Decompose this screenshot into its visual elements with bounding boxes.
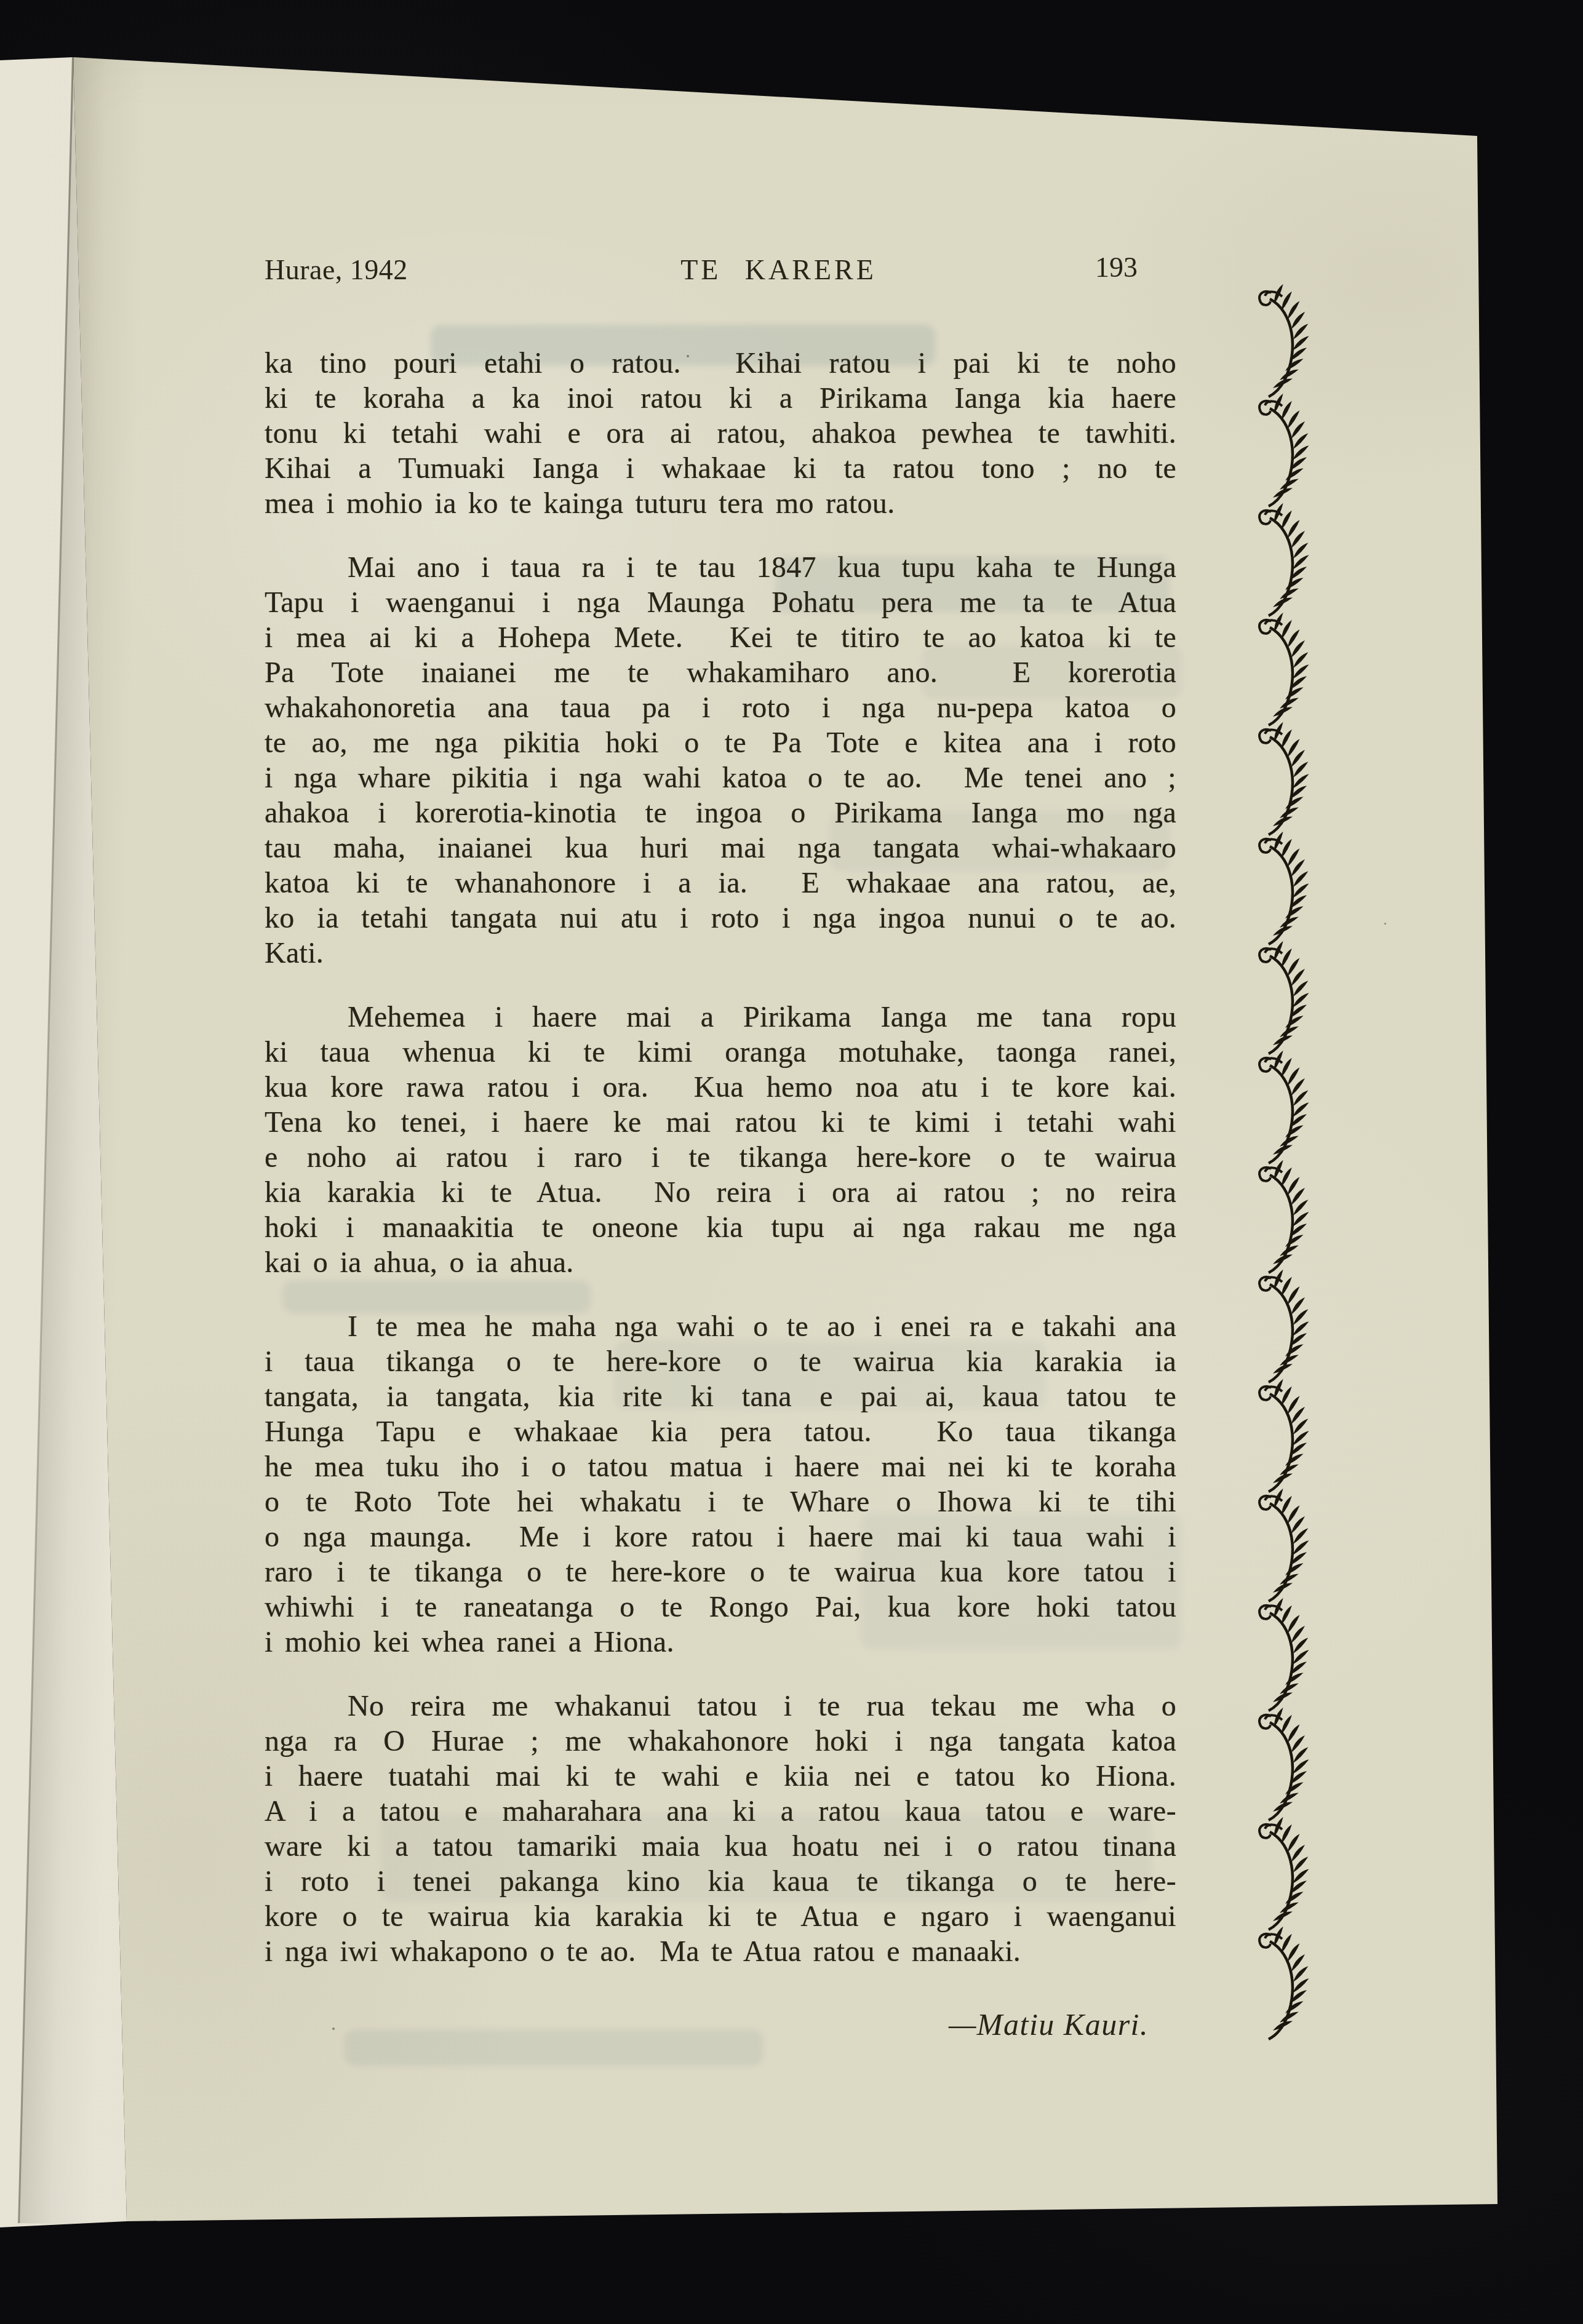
leaf-vine-motif bbox=[1259, 503, 1311, 616]
paragraph: No reira me whakanui tatou i te rua teka… bbox=[265, 1689, 1176, 1969]
leaf-vine-motif bbox=[1259, 1817, 1311, 1930]
leaf-vine-motif bbox=[1259, 722, 1311, 835]
text-line: i mohio kei whea ranei a Hiona. bbox=[265, 1625, 1176, 1660]
paragraph: Mehemea i haere mai a Pirikama Ianga me … bbox=[265, 1000, 1176, 1280]
text-line: ware ki a tatou tamariki maia kua hoatu … bbox=[265, 1829, 1176, 1864]
text-line: Kihai a Tumuaki Ianga i whakaae ki ta ra… bbox=[265, 451, 1176, 486]
page-header: Hurae, 1942 TE KARERE 193 bbox=[265, 253, 1179, 293]
text-line: ka tino pouri etahi o ratou. Kihai ratou… bbox=[265, 346, 1176, 381]
body-text: ka tino pouri etahi o ratou. Kihai ratou… bbox=[265, 346, 1176, 1969]
text-line: Tena ko tenei, i haere ke mai ratou ki t… bbox=[265, 1105, 1176, 1140]
text-line: A i a tatou e maharahara ana ki a ratou … bbox=[265, 1794, 1176, 1829]
paragraph: Mai ano i taua ra i te tau 1847 kua tupu… bbox=[265, 550, 1176, 971]
text-line: i mea ai ki a Hohepa Mete. Kei te titiro… bbox=[265, 620, 1176, 655]
paragraph: I te mea he maha nga wahi o te ao i enei… bbox=[265, 1309, 1176, 1660]
leaf-vine-motif bbox=[1259, 1050, 1311, 1163]
text-line: whiwhi i te raneatanga o te Rongo Pai, k… bbox=[265, 1590, 1176, 1625]
text-line: kua kore rawa ratou i ora. Kua hemo noa … bbox=[265, 1070, 1176, 1105]
text-line: Mehemea i haere mai a Pirikama Ianga me … bbox=[265, 1000, 1176, 1035]
text-line: Kati. bbox=[265, 936, 1176, 971]
text-line: e noho ai ratou i raro i te tikanga here… bbox=[265, 1140, 1176, 1175]
leaf-vine-motif bbox=[1259, 831, 1311, 944]
text-line: raro i te tikanga o te here-kore o te wa… bbox=[265, 1554, 1176, 1590]
leaf-vine-motif bbox=[1259, 1926, 1311, 2039]
issue-date: Hurae, 1942 bbox=[265, 253, 408, 286]
leaf-vine-motif bbox=[1259, 941, 1311, 1054]
text-line: ki te koraha a ka inoi ratou ki a Pirika… bbox=[265, 381, 1176, 416]
text-line: i roto i tenei pakanga kino kia kaua te … bbox=[265, 1864, 1176, 1899]
leaf-vine-motif bbox=[1259, 1598, 1311, 1711]
author-signature: —Matiu Kauri. bbox=[265, 2007, 1176, 2042]
leaf-vine-motif bbox=[1259, 284, 1311, 397]
paper-speck bbox=[1384, 923, 1386, 925]
text-line: i nga iwi whakapono o te ao. Ma te Atua … bbox=[265, 1934, 1176, 1969]
text-line: ki taua whenua ki te kimi oranga motuhak… bbox=[265, 1035, 1176, 1070]
text-line: tonu ki tetahi wahi e ora ai ratou, ahak… bbox=[265, 416, 1176, 451]
text-line: katoa ki te whanahonore i a ia. E whakaa… bbox=[265, 866, 1176, 901]
text-line: kia karakia ki te Atua. No reira i ora a… bbox=[265, 1175, 1176, 1210]
text-line: whakahonoretia ana taua pa i roto i nga … bbox=[265, 690, 1176, 725]
leaf-vine-motif bbox=[1259, 393, 1311, 506]
text-line: No reira me whakanui tatou i te rua teka… bbox=[265, 1689, 1176, 1724]
leaf-vine-motif bbox=[1259, 1160, 1311, 1273]
text-line: i nga whare pikitia i nga wahi katoa o t… bbox=[265, 760, 1176, 795]
leaf-vine-motif bbox=[1259, 1269, 1311, 1382]
leaf-vine-motif bbox=[1259, 1379, 1311, 1492]
author-signature-text: —Matiu Kauri. bbox=[949, 2007, 1149, 2042]
paragraph: ka tino pouri etahi o ratou. Kihai ratou… bbox=[265, 346, 1176, 521]
text-line: kore o te wairua kia karakia ki te Atua … bbox=[265, 1899, 1176, 1934]
text-line: o te Roto Tote hei whakatu i te Whare o … bbox=[265, 1484, 1176, 1519]
text-line: mea i mohio ia ko te kainga tuturu tera … bbox=[265, 486, 1176, 521]
leaf-vine-border-ornament bbox=[1253, 289, 1314, 2055]
text-line: I te mea he maha nga wahi o te ao i enei… bbox=[265, 1309, 1176, 1344]
text-line: i taua tikanga o te here-kore o te wairu… bbox=[265, 1344, 1176, 1379]
text-line: Mai ano i taua ra i te tau 1847 kua tupu… bbox=[265, 550, 1176, 585]
text-line: kai o ia ahua, o ia ahua. bbox=[265, 1245, 1176, 1280]
leaf-vine-motif bbox=[1259, 612, 1311, 725]
text-line: nga ra O Hurae ; me whakahonore hoki i n… bbox=[265, 1724, 1176, 1759]
text-line: ko ia tetahi tangata nui atu i roto i ng… bbox=[265, 901, 1176, 936]
text-line: tau maha, inaianei kua huri mai nga tang… bbox=[265, 830, 1176, 866]
text-line: tangata, ia tangata, kia rite ki tana e … bbox=[265, 1379, 1176, 1414]
text-line: o nga maunga. Me i kore ratou i haere ma… bbox=[265, 1519, 1176, 1554]
text-line: hoki i manaakitia te oneone kia tupu ai … bbox=[265, 1210, 1176, 1245]
text-line: Tapu i waenganui i nga Maunga Pohatu per… bbox=[265, 585, 1176, 620]
text-line: ahakoa i korerotia-kinotia te ingoa o Pi… bbox=[265, 795, 1176, 830]
text-line: i haere tuatahi mai ki te wahi e kiia ne… bbox=[265, 1759, 1176, 1794]
text-line: Pa Tote inaianei me te whakamiharo ano. … bbox=[265, 655, 1176, 690]
scanned-book-photo: { "page": { "header": { "left": "Hurae, … bbox=[0, 0, 1583, 2324]
leaf-vine-motif bbox=[1259, 1488, 1311, 1601]
text-line: te ao, me nga pikitia hoki o te Pa Tote … bbox=[265, 725, 1176, 760]
text-line: Hunga Tapu e whakaae kia pera tatou. Ko … bbox=[265, 1414, 1176, 1449]
page-number: 193 bbox=[1095, 251, 1138, 284]
publication-title: TE KARERE bbox=[680, 253, 877, 286]
leaf-vine-motif bbox=[1259, 1707, 1311, 1820]
text-line: he mea tuku iho i o tatou matua i haere … bbox=[265, 1449, 1176, 1484]
